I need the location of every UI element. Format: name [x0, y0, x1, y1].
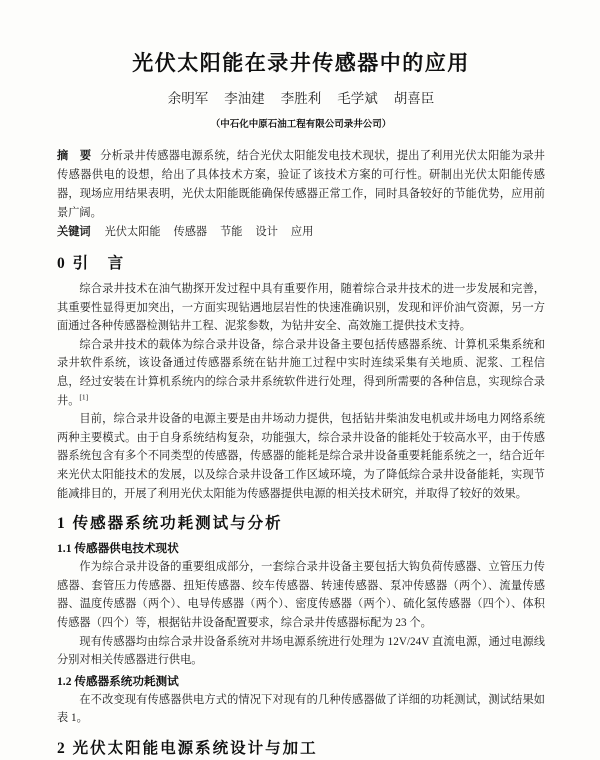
abstract: 摘 要分析录井传感器电源系统，结合光伏太阳能发电技术现状，提出了利用光伏太阳能为…: [57, 147, 545, 223]
author-name: 毛学斌: [337, 90, 378, 108]
section-heading-intro: 0 引 言: [57, 254, 545, 274]
keywords-label: 关键词: [57, 223, 91, 242]
intro-paragraph-1: 综合录井技术在油气勘探开发过程中具有重要作用，随着综合录井技术的进一步发展和完善…: [57, 280, 545, 336]
citation-ref-1: [1]: [79, 392, 88, 401]
author-name: 李胜利: [281, 90, 322, 108]
section-heading-1: 1 传感器系统功耗测试与分析: [57, 514, 545, 534]
section-heading-2: 2 光伏太阳能电源系统设计与加工: [57, 739, 545, 759]
author-name: 余明军: [168, 90, 209, 108]
intro-paragraph-2-text: 综合录井技术的载体为综合录井设备，综合录井设备主要包括传感器系统、计算机采集系统…: [57, 339, 545, 407]
author-list: 余明军 李油建 李胜利 毛学斌 胡喜臣: [57, 90, 545, 108]
paper-title: 光伏太阳能在录井传感器中的应用: [57, 50, 545, 76]
affiliation: （中石化中原石油工程有限公司录井公司）: [57, 119, 545, 131]
paper-page: 光伏太阳能在录井传感器中的应用 余明军 李油建 李胜利 毛学斌 胡喜臣 （中石化…: [0, 0, 600, 760]
subsection-heading-1-1: 1.1 传感器供电技术现状: [57, 539, 545, 558]
keyword-item: 光伏太阳能: [105, 223, 161, 242]
intro-paragraph-3: 目前，综合录井设备的电源主要是由井场动力提供，包括钻井柴油发电机或井场电力网络系…: [57, 410, 545, 503]
intro-paragraph-2: 综合录井技术的载体为综合录井设备，综合录井设备主要包括传感器系统、计算机采集系统…: [57, 336, 545, 410]
subsection-heading-1-2: 1.2 传感器系统功耗测试: [57, 672, 545, 691]
abstract-text: 分析录井传感器电源系统，结合光伏太阳能发电技术现状，提出了利用光伏太阳能为录井传…: [57, 150, 545, 219]
subsection-1-1-paragraph-2: 现有传感器均由综合录井设备系统对井场电源系统进行处理为 12V/24V 直流电源…: [57, 633, 545, 670]
subsection-1-2-paragraph-1: 在不改变现有传感器供电方式的情况下对现有的几种传感器做了详细的功耗测试，测试结果…: [57, 691, 545, 728]
keyword-item: 节能: [220, 223, 242, 242]
keywords-line: 关键词 光伏太阳能 传感器 节能 设计 应用: [57, 223, 545, 242]
keyword-item: 传感器: [174, 223, 208, 242]
keyword-item: 设计: [256, 223, 278, 242]
author-name: 胡喜臣: [394, 90, 435, 108]
subsection-1-1-paragraph-1: 作为综合录井设备的重要组成部分，一套综合录井设备主要包括大钩负荷传感器、立管压力…: [57, 558, 545, 632]
keyword-item: 应用: [291, 223, 313, 242]
abstract-label: 摘 要: [57, 150, 91, 162]
author-name: 李油建: [224, 90, 265, 108]
